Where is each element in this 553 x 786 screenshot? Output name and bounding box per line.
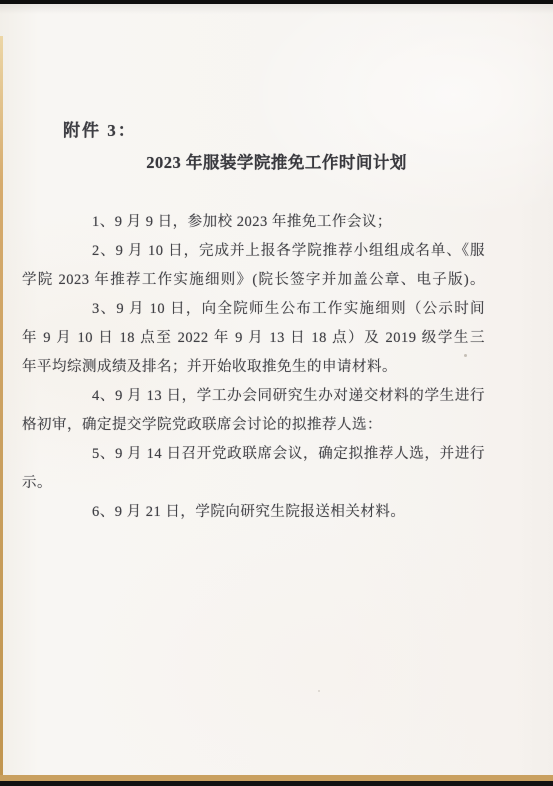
text-line: 4、9 月 13 日，学工办会同研究生办对递交材料的学生进行资: [22, 382, 485, 411]
text-line: 学院 2023 年推荐工作实施细则》(院长签字并加盖公章、电子版)。: [22, 266, 485, 295]
text-line: 年 9 月 10 日 18 点至 2022 年 9 月 13 日 18 点）及 …: [22, 324, 485, 353]
text-line: 6、9 月 21 日，学院向研究生院报送相关材料。: [22, 498, 485, 527]
scan-edge-left: [0, 36, 3, 780]
scan-speckle: [318, 690, 320, 692]
text-line: 格初审，确定提交学院党政联席会讨论的拟推荐人选：: [22, 411, 485, 440]
scan-edge-top: [0, 0, 553, 4]
attachment-label: 附件 3：: [63, 116, 137, 141]
text-line: 5、9 月 14 日召开党政联席会议，确定拟推荐人选，并进行公: [22, 440, 485, 469]
scan-edge-bottom-black: [0, 781, 553, 786]
text-line: 1、9 月 9 日，参加校 2023 年推免工作会议；: [22, 208, 485, 237]
text-line: 年平均综测成绩及排名；并开始收取推免生的申请材料。: [22, 353, 485, 382]
document-paragraphs: 1、9 月 9 日，参加校 2023 年推免工作会议；2、9 月 10 日，完成…: [22, 208, 485, 527]
scan-speckle: [464, 354, 467, 357]
text-line: 3、9 月 10 日，向全院师生公布工作实施细则（公示时间 2022: [22, 295, 485, 324]
scanned-page: 附件 3： 2023 年服装学院推免工作时间计划 1、9 月 9 日，参加校 2…: [0, 0, 553, 786]
text-line: 2、9 月 10 日，完成并上报各学院推荐小组组成名单、《服装: [22, 237, 485, 266]
text-line: 示。: [22, 469, 485, 498]
document-title: 2023 年服装学院推免工作时间计划: [0, 149, 553, 173]
